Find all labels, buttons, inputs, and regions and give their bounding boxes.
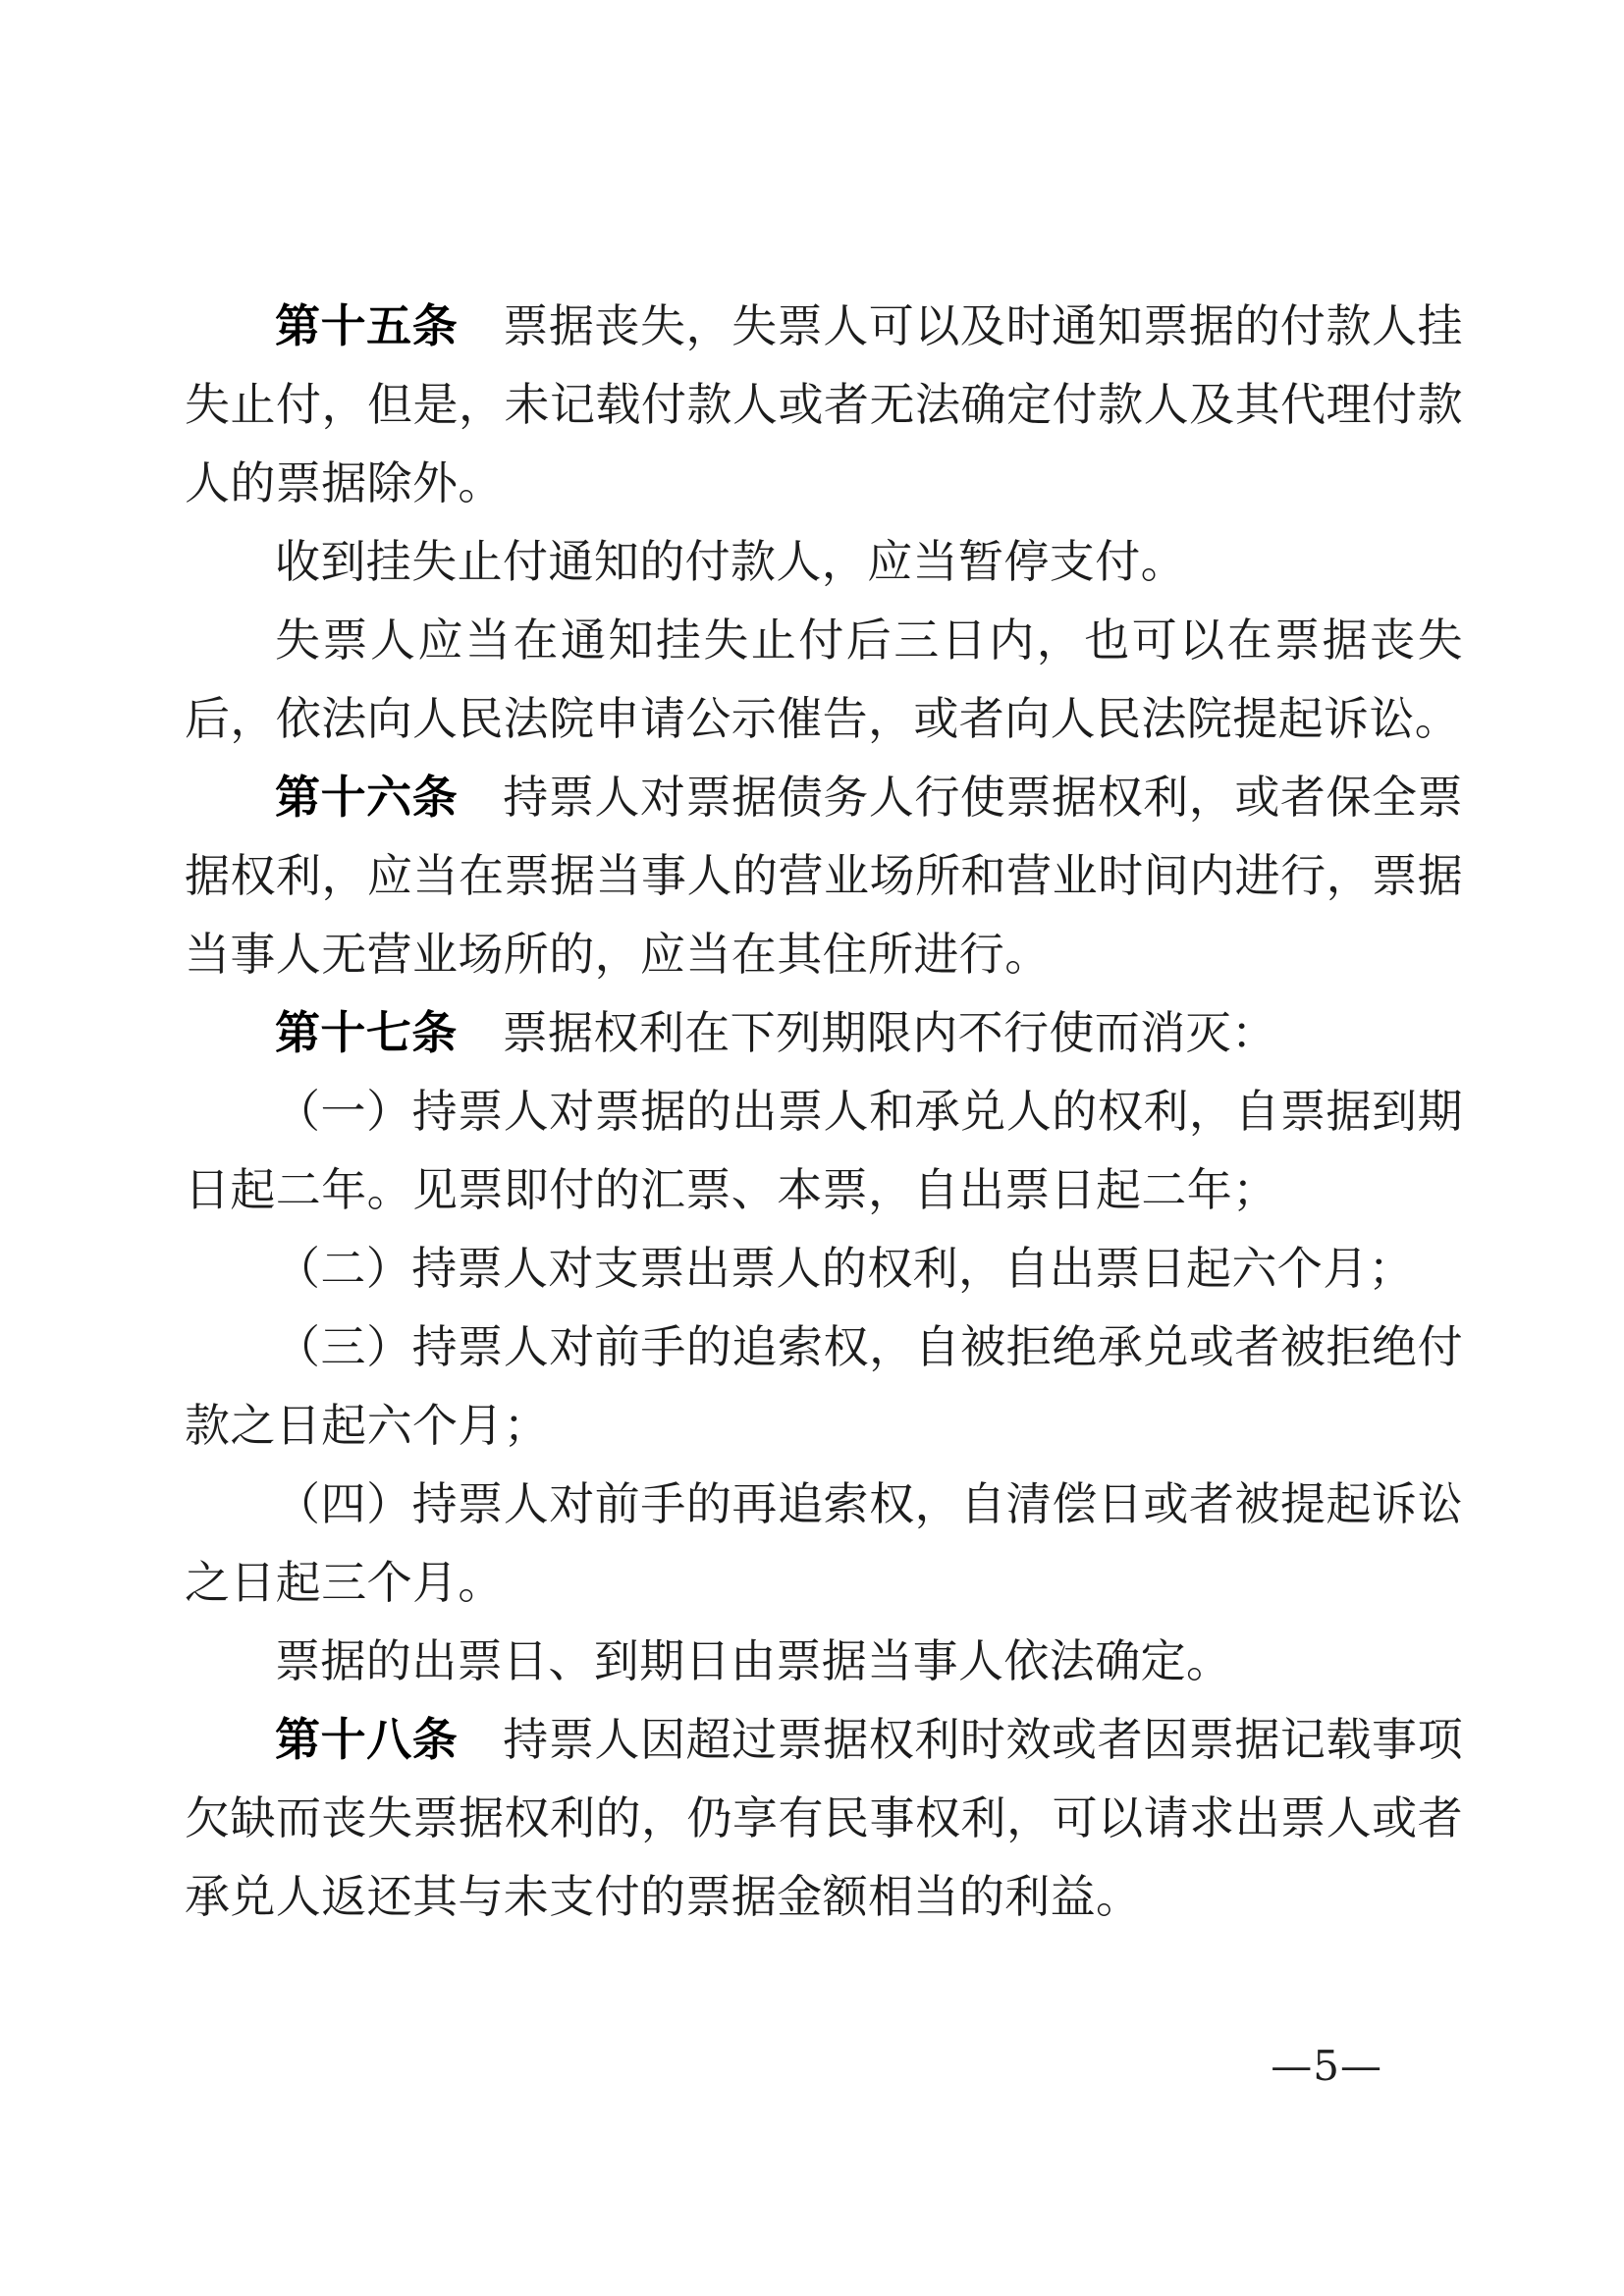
- paragraph-text: 收到挂失止付通知的付款人，应当暂停支付。: [275, 535, 1186, 588]
- paragraph-text: 票据权利在下列期限内不行使而消灭：: [503, 1006, 1277, 1059]
- paragraph: 第十七条票据权利在下列期限内不行使而消灭：: [185, 993, 1463, 1072]
- paragraph: （一）持票人对票据的出票人和承兑人的权利，自票据到期日起二年。见票即付的汇票、本…: [185, 1072, 1463, 1229]
- article-number: 第十八条: [275, 1713, 458, 1766]
- paragraph-text: 票据的出票日、到期日由票据当事人依法确定。: [275, 1634, 1231, 1687]
- paragraph: 失票人应当在通知挂失止付后三日内，也可以在票据丧失后，依法向人民法院申请公示催告…: [185, 601, 1463, 758]
- paragraph: （四）持票人对前手的再追索权，自清偿日或者被提起诉讼之日起三个月。: [185, 1465, 1463, 1622]
- document-page: 第十五条票据丧失，失票人可以及时通知票据的付款人挂失止付，但是，未记载付款人或者…: [0, 0, 1624, 2296]
- paragraph: 收到挂失止付通知的付款人，应当暂停支付。: [185, 522, 1463, 601]
- page-number: —5—: [1271, 2044, 1382, 2089]
- paragraph-text: （一）持票人对票据的出票人和承兑人的权利，自票据到期日起二年。见票即付的汇票、本…: [185, 1085, 1463, 1216]
- paragraph: 第十六条持票人对票据债务人行使票据权利，或者保全票据权利，应当在票据当事人的营业…: [185, 758, 1463, 993]
- paragraph: 第十五条票据丧失，失票人可以及时通知票据的付款人挂失止付，但是，未记载付款人或者…: [185, 287, 1463, 522]
- article-number: 第十六条: [275, 771, 458, 824]
- article-number: 第十七条: [275, 1006, 458, 1059]
- paragraph: 票据的出票日、到期日由票据当事人依法确定。: [185, 1622, 1463, 1700]
- paragraph-text: （三）持票人对前手的追索权，自被拒绝承兑或者被拒绝付款之日起六个月；: [185, 1320, 1463, 1452]
- document-body: 第十五条票据丧失，失票人可以及时通知票据的付款人挂失止付，但是，未记载付款人或者…: [185, 287, 1463, 1936]
- paragraph-text: （二）持票人对支票出票人的权利，自出票日起六个月；: [275, 1242, 1414, 1295]
- paragraph-text: （四）持票人对前手的再追索权，自清偿日或者被提起诉讼之日起三个月。: [185, 1477, 1463, 1609]
- paragraph-text: 失票人应当在通知挂失止付后三日内，也可以在票据丧失后，依法向人民法院申请公示催告…: [185, 614, 1463, 745]
- paragraph: 第十八条持票人因超过票据权利时效或者因票据记载事项欠缺而丧失票据权利的，仍享有民…: [185, 1700, 1463, 1936]
- paragraph: （三）持票人对前手的追索权，自被拒绝承兑或者被拒绝付款之日起六个月；: [185, 1308, 1463, 1465]
- article-number: 第十五条: [275, 299, 458, 352]
- paragraph: （二）持票人对支票出票人的权利，自出票日起六个月；: [185, 1229, 1463, 1308]
